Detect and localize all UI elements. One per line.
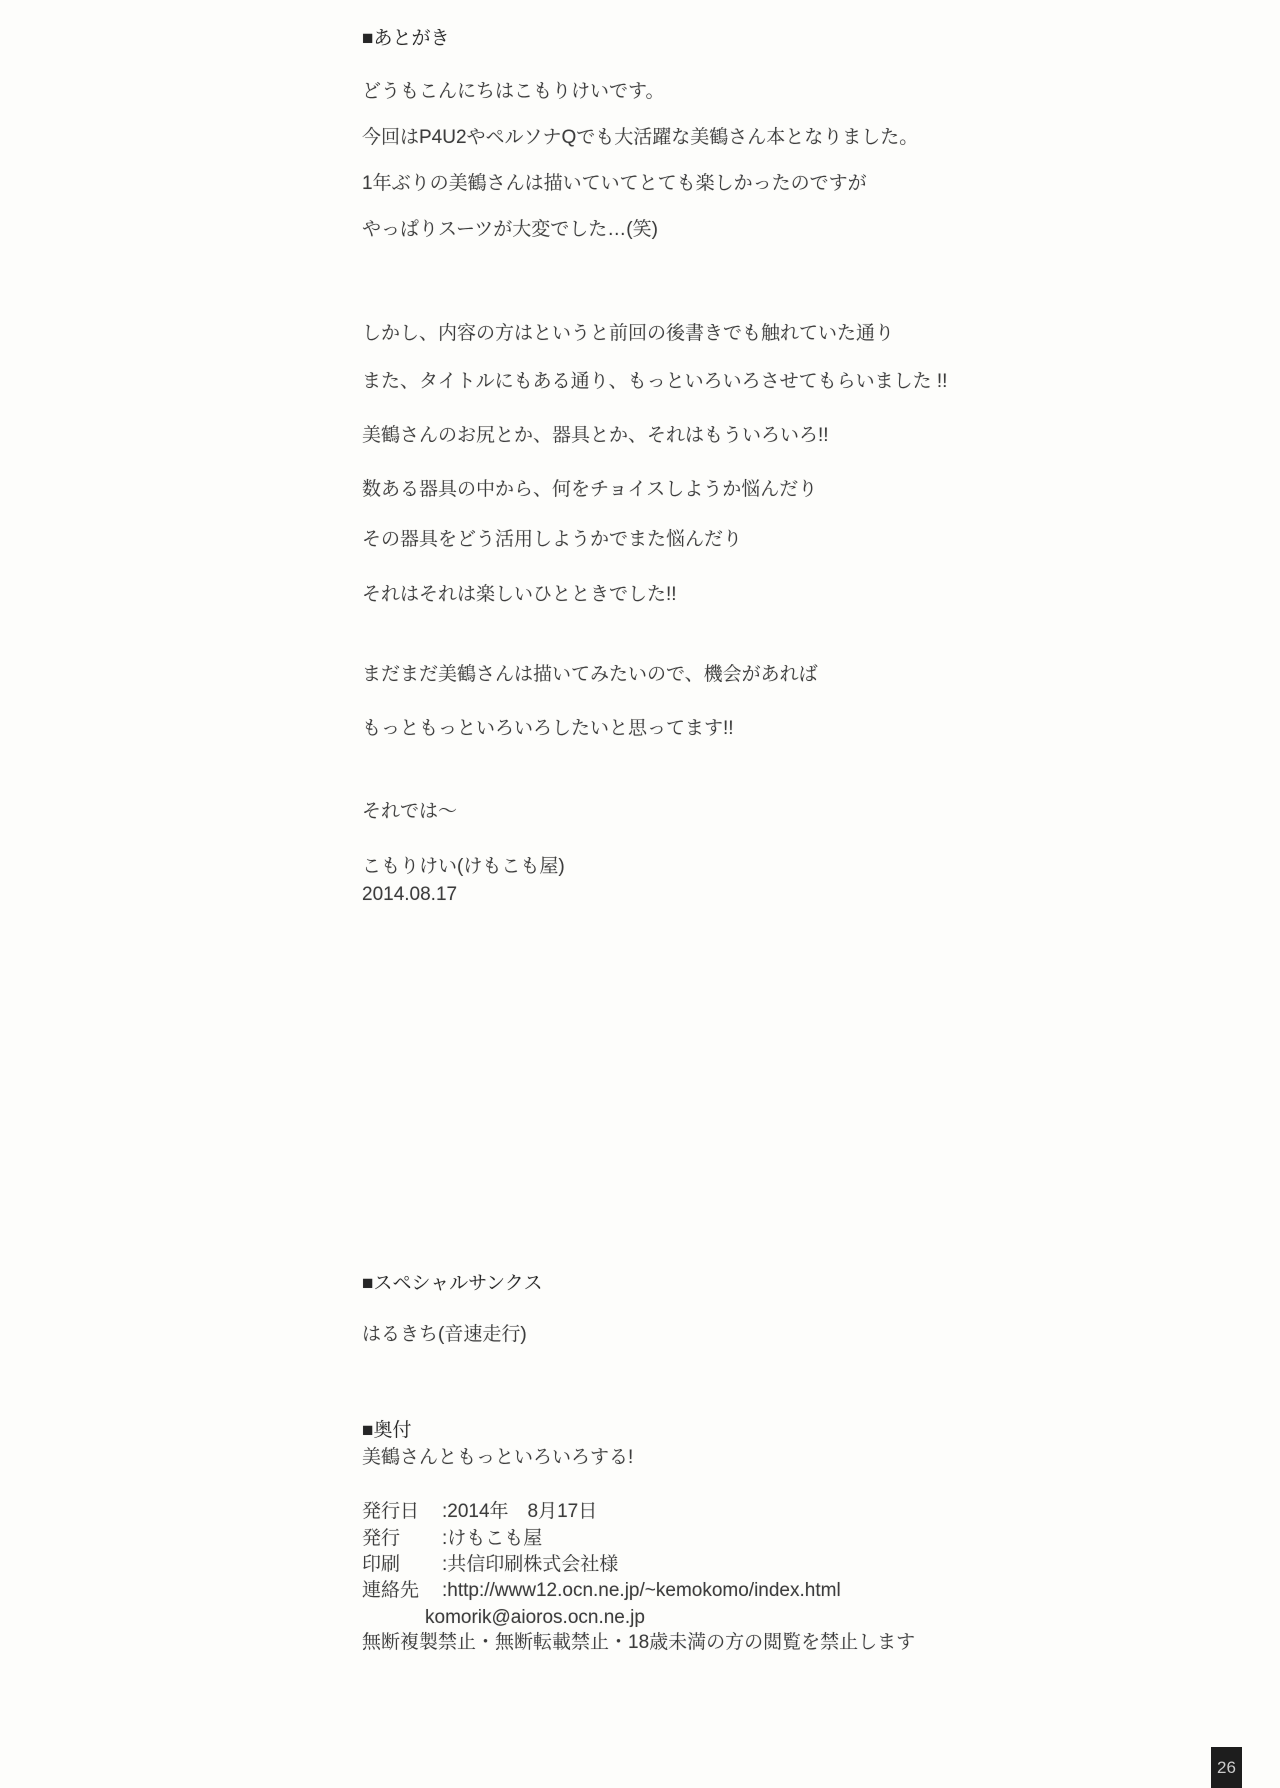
colophon-section: ■奥付 美鶴さんともっといろいろする! 発行日:2014年 8月17日 発行:け… <box>0 0 1280 1788</box>
colophon-value: :けもこも屋 <box>442 1527 542 1551</box>
colophon-label: 発行日 <box>362 1500 442 1524</box>
colophon-value: :2014年 8月17日 <box>442 1500 597 1524</box>
page-number-badge: 26 <box>1211 1747 1242 1788</box>
colophon-row-publisher: 発行:けもこも屋 <box>362 1527 542 1551</box>
book-title: 美鶴さんともっといろいろする! <box>362 1446 633 1470</box>
colophon-row-contact: 連絡先:http://www12.ocn.ne.jp/~kemokomo/ind… <box>362 1579 841 1603</box>
colophon-label: 連絡先 <box>362 1579 442 1603</box>
contact-email: komorik@aioros.ocn.ne.jp <box>425 1606 645 1630</box>
contact-url: :http://www12.ocn.ne.jp/~kemokomo/index.… <box>442 1579 841 1603</box>
colophon-value: :共信印刷株式会社様 <box>442 1553 618 1577</box>
copyright-notice: 無断複製禁止・無断転載禁止・18歳未満の方の閲覧を禁止します <box>362 1631 915 1655</box>
colophon-label: 印刷 <box>362 1553 442 1577</box>
colophon-row-publish-date: 発行日:2014年 8月17日 <box>362 1500 597 1524</box>
colophon-label: 発行 <box>362 1527 442 1551</box>
colophon-heading: ■奥付 <box>362 1419 411 1443</box>
scanned-page: ■あとがき どうもこんにちはこもりけいです。 今回はP4U2やペルソナQでも大活… <box>0 0 1280 1788</box>
colophon-row-printer: 印刷:共信印刷株式会社様 <box>362 1553 618 1577</box>
